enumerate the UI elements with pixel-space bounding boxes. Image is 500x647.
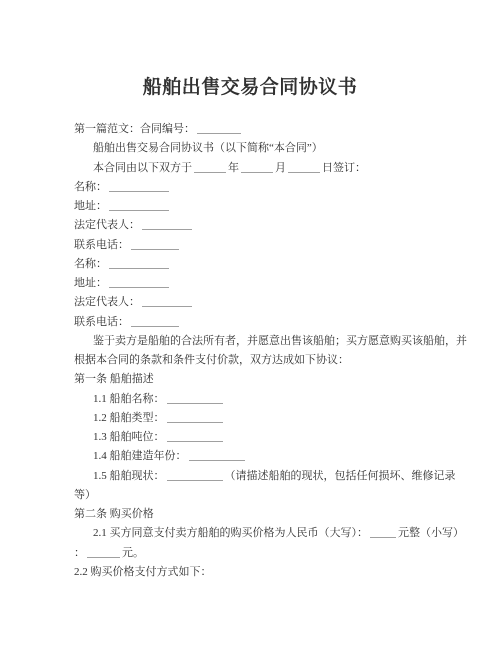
document-line: 第二条 购买价格 <box>74 505 444 524</box>
text-run: ： <box>74 547 85 559</box>
text-run: 元。 <box>122 547 144 559</box>
document-line: 名称： <box>74 178 444 197</box>
document-line: 第一篇范文：合同编号： <box>74 120 444 139</box>
text-run: 第二条 购买价格 <box>74 508 154 520</box>
text-run: 船舶出售交易合同协议书（以下简称“本合同”） <box>93 142 323 154</box>
text-run: 元整（小写） <box>398 527 464 539</box>
document-line: 地址： <box>74 274 444 293</box>
text-run: 日签订： <box>322 162 366 174</box>
text-run: 等） <box>74 489 96 501</box>
blank-fill-in-line <box>370 528 396 538</box>
text-run: 本合同由以下双方于 <box>93 162 192 174</box>
document-line: 2.1 买方同意支付卖方船舶的购买价格为人民币（大写）：元整（小写） <box>74 524 444 543</box>
blank-fill-in-line <box>167 394 223 404</box>
blank-fill-in-line <box>131 240 179 250</box>
blank-fill-in-line <box>142 220 192 230</box>
text-run: 1.2 船舶类型： <box>93 412 165 424</box>
document-line: 1.4 船舶建造年份： <box>74 447 444 466</box>
blank-fill-in-line <box>167 471 223 481</box>
text-run: 月 <box>275 162 286 174</box>
text-run: 1.1 船舶名称： <box>93 393 165 405</box>
text-run: 1.5 船舶现状： <box>93 470 165 482</box>
document-line: 1.2 船舶类型： <box>74 409 444 428</box>
document-line: 等） <box>74 486 444 505</box>
blank-fill-in-line <box>109 182 169 192</box>
text-run: 第一篇范文：合同编号： <box>74 123 195 135</box>
blank-fill-in-line <box>241 163 273 173</box>
document-title: 船舶出售交易合同协议书 <box>0 72 500 99</box>
blank-fill-in-line <box>87 548 120 558</box>
blank-fill-in-line <box>197 124 241 134</box>
text-run: 名称： <box>74 258 107 270</box>
text-run: 地址： <box>74 200 107 212</box>
document-line: 法定代表人： <box>74 216 444 235</box>
blank-fill-in-line <box>167 413 223 423</box>
text-run: 联系电话： <box>74 316 129 328</box>
blank-fill-in-line <box>189 451 245 461</box>
contract-document-page: 船舶出售交易合同协议书 第一篇范文：合同编号：船舶出售交易合同协议书（以下简称“… <box>0 0 500 647</box>
text-run: 鉴于卖方是船舶的合法所有者，并愿意出售该船舶；买方愿意购买该船舶，并 <box>93 335 467 347</box>
document-line: 第一条 船舶描述 <box>74 370 444 389</box>
document-line: ：元。 <box>74 544 444 563</box>
document-line: 本合同由以下双方于年月日签订： <box>74 159 444 178</box>
text-run: 法定代表人： <box>74 219 140 231</box>
text-run: （请描述船舶的现状，包括任何损坏、维修记录 <box>225 470 456 482</box>
text-run: 名称： <box>74 181 107 193</box>
text-run: 法定代表人： <box>74 296 140 308</box>
document-line: 2.2 购买价格支付方式如下： <box>74 563 444 582</box>
document-line: 法定代表人： <box>74 293 444 312</box>
document-line: 1.3 船舶吨位： <box>74 428 444 447</box>
document-line: 1.1 船舶名称： <box>74 390 444 409</box>
text-run: 1.4 船舶建造年份： <box>93 450 187 462</box>
text-run: 1.3 船舶吨位： <box>93 431 165 443</box>
blank-fill-in-line <box>109 201 169 211</box>
text-run: 2.2 购买价格支付方式如下： <box>74 566 212 578</box>
blank-fill-in-line <box>131 317 179 327</box>
document-line: 鉴于卖方是船舶的合法所有者，并愿意出售该船舶；买方愿意购买该船舶，并 <box>74 332 444 351</box>
blank-fill-in-line <box>109 259 169 269</box>
document-line: 联系电话： <box>74 236 444 255</box>
blank-fill-in-line <box>142 297 192 307</box>
text-run: 第一条 船舶描述 <box>74 373 154 385</box>
text-run: 2.1 买方同意支付卖方船舶的购买价格为人民币（大写）： <box>93 527 368 539</box>
text-run: 年 <box>228 162 239 174</box>
blank-fill-in-line <box>167 432 223 442</box>
document-line: 名称： <box>74 255 444 274</box>
text-run: 地址： <box>74 277 107 289</box>
text-run: 根据本合同的条款和条件支付价款，双方达成如下协议： <box>74 354 349 366</box>
document-line: 根据本合同的条款和条件支付价款，双方达成如下协议： <box>74 351 444 370</box>
document-line: 地址： <box>74 197 444 216</box>
document-line: 1.5 船舶现状：（请描述船舶的现状，包括任何损坏、维修记录 <box>74 467 444 486</box>
blank-fill-in-line <box>194 163 226 173</box>
document-line: 联系电话： <box>74 313 444 332</box>
text-run: 联系电话： <box>74 239 129 251</box>
document-line: 船舶出售交易合同协议书（以下简称“本合同”） <box>74 139 444 158</box>
blank-fill-in-line <box>288 163 320 173</box>
blank-fill-in-line <box>109 278 169 288</box>
document-body: 第一篇范文：合同编号：船舶出售交易合同协议书（以下简称“本合同”）本合同由以下双… <box>74 120 444 582</box>
